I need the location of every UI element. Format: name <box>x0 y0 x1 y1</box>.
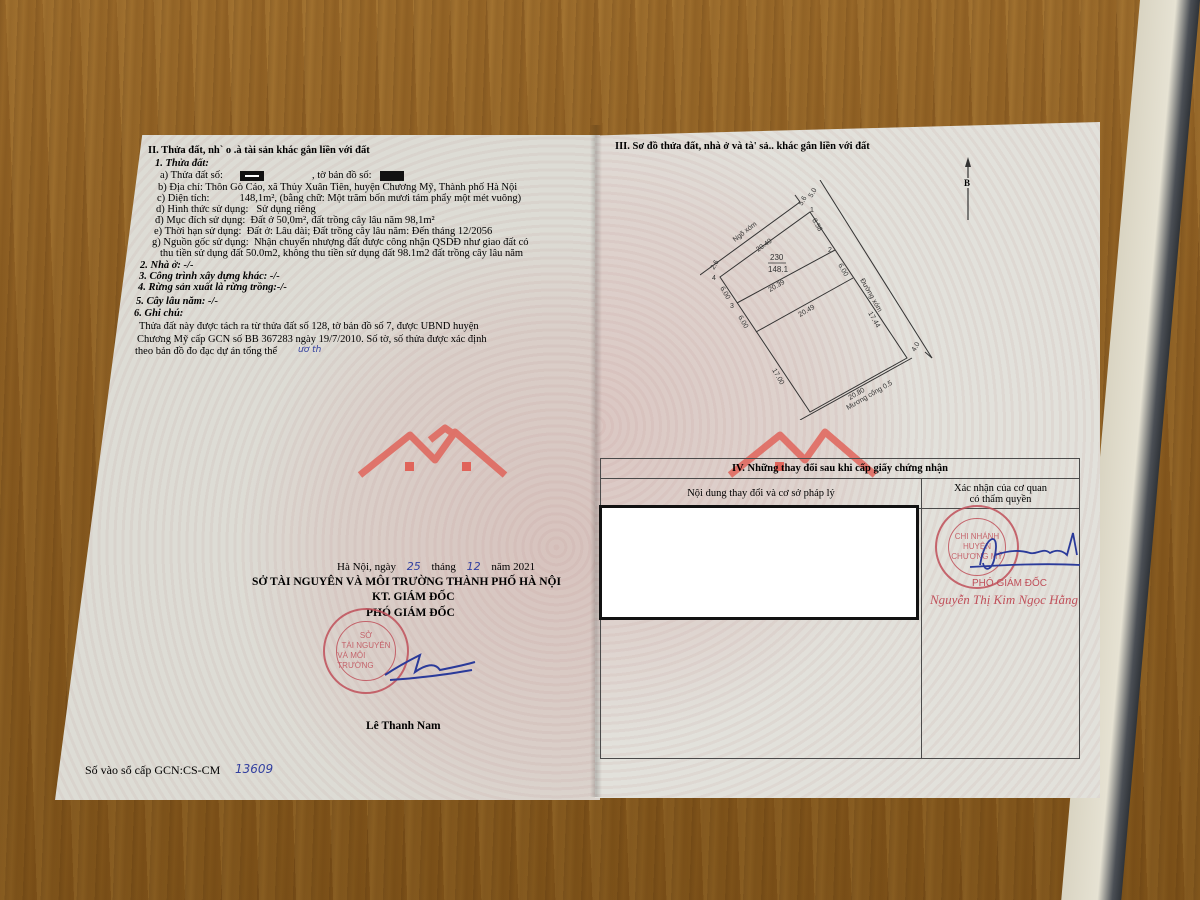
redacted-parcel-number <box>240 171 264 181</box>
svg-text:Đường xóm: Đường xóm <box>858 278 883 314</box>
svg-text:148.1: 148.1 <box>768 265 789 274</box>
svg-text:20.40: 20.40 <box>755 238 773 254</box>
term-value: Đất ở: Lâu dài; Đất trồng cây lâu năm: Đ… <box>247 226 493 237</box>
usage-form-label: d) Hình thức sử dụng: <box>156 204 248 215</box>
svg-text:5.6: 5.6 <box>798 195 809 207</box>
map-sheet-label: , tờ bản đồ số: <box>312 170 372 182</box>
svg-text:17.44: 17.44 <box>866 311 881 330</box>
house-watermark-logo-icon <box>350 420 510 480</box>
origin-label: g) Nguồn gốc sử dụng: <box>152 237 249 248</box>
svg-text:17.00: 17.00 <box>770 368 785 387</box>
changes-table-title: IV. Những thay đổi sau khi cấp giấy chứn… <box>601 459 1080 479</box>
handwritten-initials: ươ th <box>298 345 321 355</box>
svg-text:Ngõ xóm: Ngõ xóm <box>732 221 759 244</box>
on-behalf-of: KT. GIÁM ĐỐC <box>372 591 455 603</box>
notes-line-1: Thửa đất này được tách ra từ thửa đất số… <box>139 321 479 333</box>
signer-name-left: Lê Thanh Nam <box>366 720 441 732</box>
address-label: b) Địa chỉ: <box>158 182 203 193</box>
svg-text:4: 4 <box>712 275 716 282</box>
notes-line-3: theo bản đồ đo đạc dự án tổng thể <box>135 346 277 358</box>
svg-text:230: 230 <box>770 253 784 262</box>
date-year: năm 2021 <box>491 561 535 573</box>
svg-text:2: 2 <box>828 247 832 254</box>
purpose-value: Đất ở 50,0m², đất trồng cây lâu năm 98,1… <box>251 215 435 226</box>
house-item: 2. Nhà ở: -/- <box>140 260 193 271</box>
signature-right <box>965 525 1085 580</box>
section-ii-title: II. Thửa đất, nh` o .à tài sản khác gắn … <box>148 145 370 156</box>
area-label: c) Diện tích: <box>157 193 209 204</box>
svg-text:8.58: 8.58 <box>810 218 823 233</box>
col-authority-confirmation: Xác nhận của cơ quancó thẩm quyền <box>922 479 1080 509</box>
registry-label: Số vào sổ cấp GCN:CS-CM <box>85 763 220 778</box>
notes-heading: 6. Ghi chú: <box>134 308 183 319</box>
svg-text:3: 3 <box>730 303 734 310</box>
origin-value-2: thu tiền sử dụng đất 50.0m2, không thu t… <box>160 248 523 260</box>
perennial-item: 5. Cây lâu năm: -/- <box>136 296 218 307</box>
svg-text:4.0: 4.0 <box>911 341 922 353</box>
section-iii-title: III. Sơ đồ thửa đất, nhà ở và tà' sả.. k… <box>615 141 870 152</box>
other-construction-item: 3. Công trình xây dựng khác: -/- <box>139 271 280 282</box>
redacted-map-sheet-number <box>380 171 404 181</box>
address-value: Thôn Gò Cáo, xã Thủy Xuân Tiên, huyện Ch… <box>205 182 517 193</box>
svg-text:6.00: 6.00 <box>836 263 849 278</box>
parcel-number-label: a) Thửa đất số: <box>160 170 223 182</box>
north-label: B <box>964 178 970 188</box>
plot-diagram: Ngõ xóm 20.40 230 148.1 5.0 5.6 8.58 1 2… <box>700 180 960 420</box>
svg-text:6.00: 6.00 <box>736 315 749 330</box>
forest-item: 4. Rừng sản xuất là rừng trồng:-/- <box>138 282 287 293</box>
date-day: 25 <box>399 561 429 573</box>
signature-left <box>380 650 480 685</box>
registry-number: 13609 <box>235 762 273 776</box>
svg-text:20.49: 20.49 <box>798 304 817 319</box>
origin-value-1: Nhận chuyển nhượng đất được công nhận QS… <box>254 237 529 248</box>
svg-text:6.00: 6.00 <box>718 286 731 301</box>
term-label: e) Thời hạn sử dụng: <box>154 226 241 237</box>
land-heading: 1. Thửa đất: <box>155 158 209 169</box>
col-change-content: Nội dung thay đổi và cơ sở pháp lý <box>601 479 922 509</box>
date-month-label: tháng <box>431 561 455 573</box>
date-month: 12 <box>459 561 489 573</box>
north-arrow-icon <box>958 155 978 225</box>
date-prefix: Hà Nội, ngày <box>337 561 396 573</box>
confirm-position: PHÓ GIÁM ĐỐC <box>972 578 1047 589</box>
svg-text:5.0: 5.0 <box>808 187 819 199</box>
confirm-signer-name: Nguyễn Thị Kim Ngọc Hằng <box>930 592 1078 608</box>
issuing-agency: SỞ TÀI NGUYÊN VÀ MÔI TRƯỜNG THÀNH PHỐ HÀ… <box>252 576 561 588</box>
area-value: 148,1m², (bằng chữ: Một trăm bốn mươi tá… <box>239 193 521 204</box>
redaction-box <box>599 505 919 620</box>
svg-text:1: 1 <box>810 207 814 214</box>
purpose-label: đ) Mục đích sử dụng: <box>155 215 245 226</box>
usage-form-value: Sử dụng riêng <box>256 204 315 215</box>
